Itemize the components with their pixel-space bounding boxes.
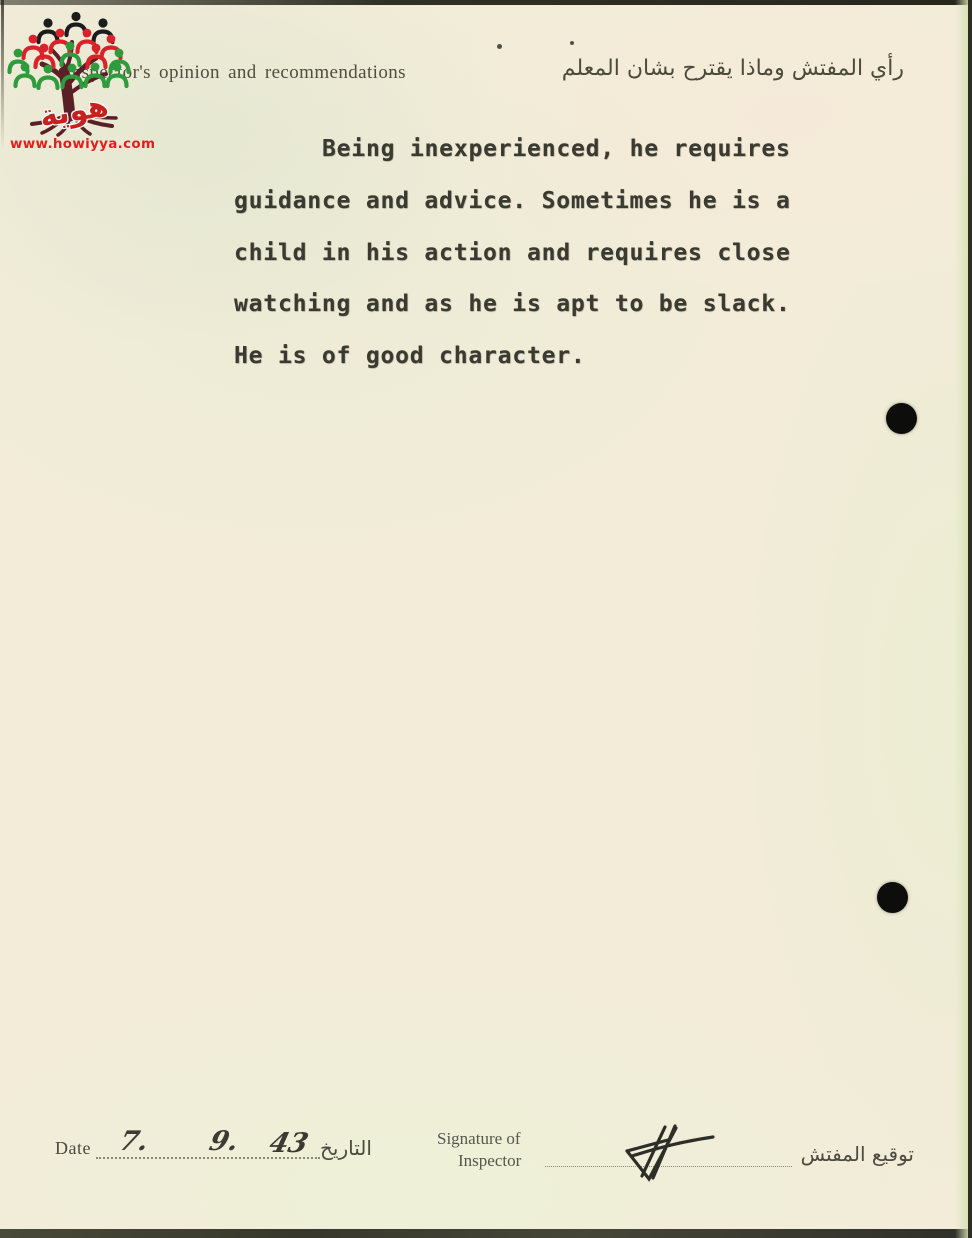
signature-label-ar: توقيع المفتش (798, 1142, 914, 1166)
howiyya-logo-watermark: هوية www.howiyya.com (6, 12, 142, 157)
header-title-ar: رأي المفتش وماذا يقترح بشان المعلم (562, 56, 904, 81)
opinion-line: Being inexperienced, he requires (234, 124, 854, 176)
paper-speck (497, 44, 502, 49)
page-edge-top (0, 0, 972, 5)
opinion-line: child in his action and requires close (234, 228, 854, 280)
howiyya-url-text: www.howiyya.com (10, 136, 142, 152)
date-label-en: Date (55, 1138, 91, 1159)
page-edge-right-line (968, 0, 972, 1238)
handwritten-date-year: 43 (266, 1128, 311, 1159)
page-edge-right-strip (955, 0, 968, 1238)
opinion-line: guidance and advice. Sometimes he is a (234, 176, 854, 228)
signature-label-en: Signature of Inspector (437, 1128, 521, 1172)
inspector-opinion-text: Being inexperienced, he requires guidanc… (234, 124, 854, 383)
document-page: Inspector's opinion and recommendations … (0, 0, 972, 1238)
opinion-line: He is of good character. (234, 331, 854, 383)
inspector-signature (600, 1095, 750, 1190)
hole-punch (877, 882, 908, 913)
opinion-line: watching and as he is apt to be slack. (234, 279, 854, 331)
signature-label-line1: Signature of (437, 1128, 521, 1150)
signature-label-line2: Inspector (437, 1150, 521, 1172)
page-edge-bottom (0, 1229, 972, 1238)
date-label-ar: التاريخ (320, 1136, 372, 1160)
paper-speck (570, 41, 574, 45)
hole-punch (886, 403, 917, 434)
page-edge-left (1, 0, 4, 150)
